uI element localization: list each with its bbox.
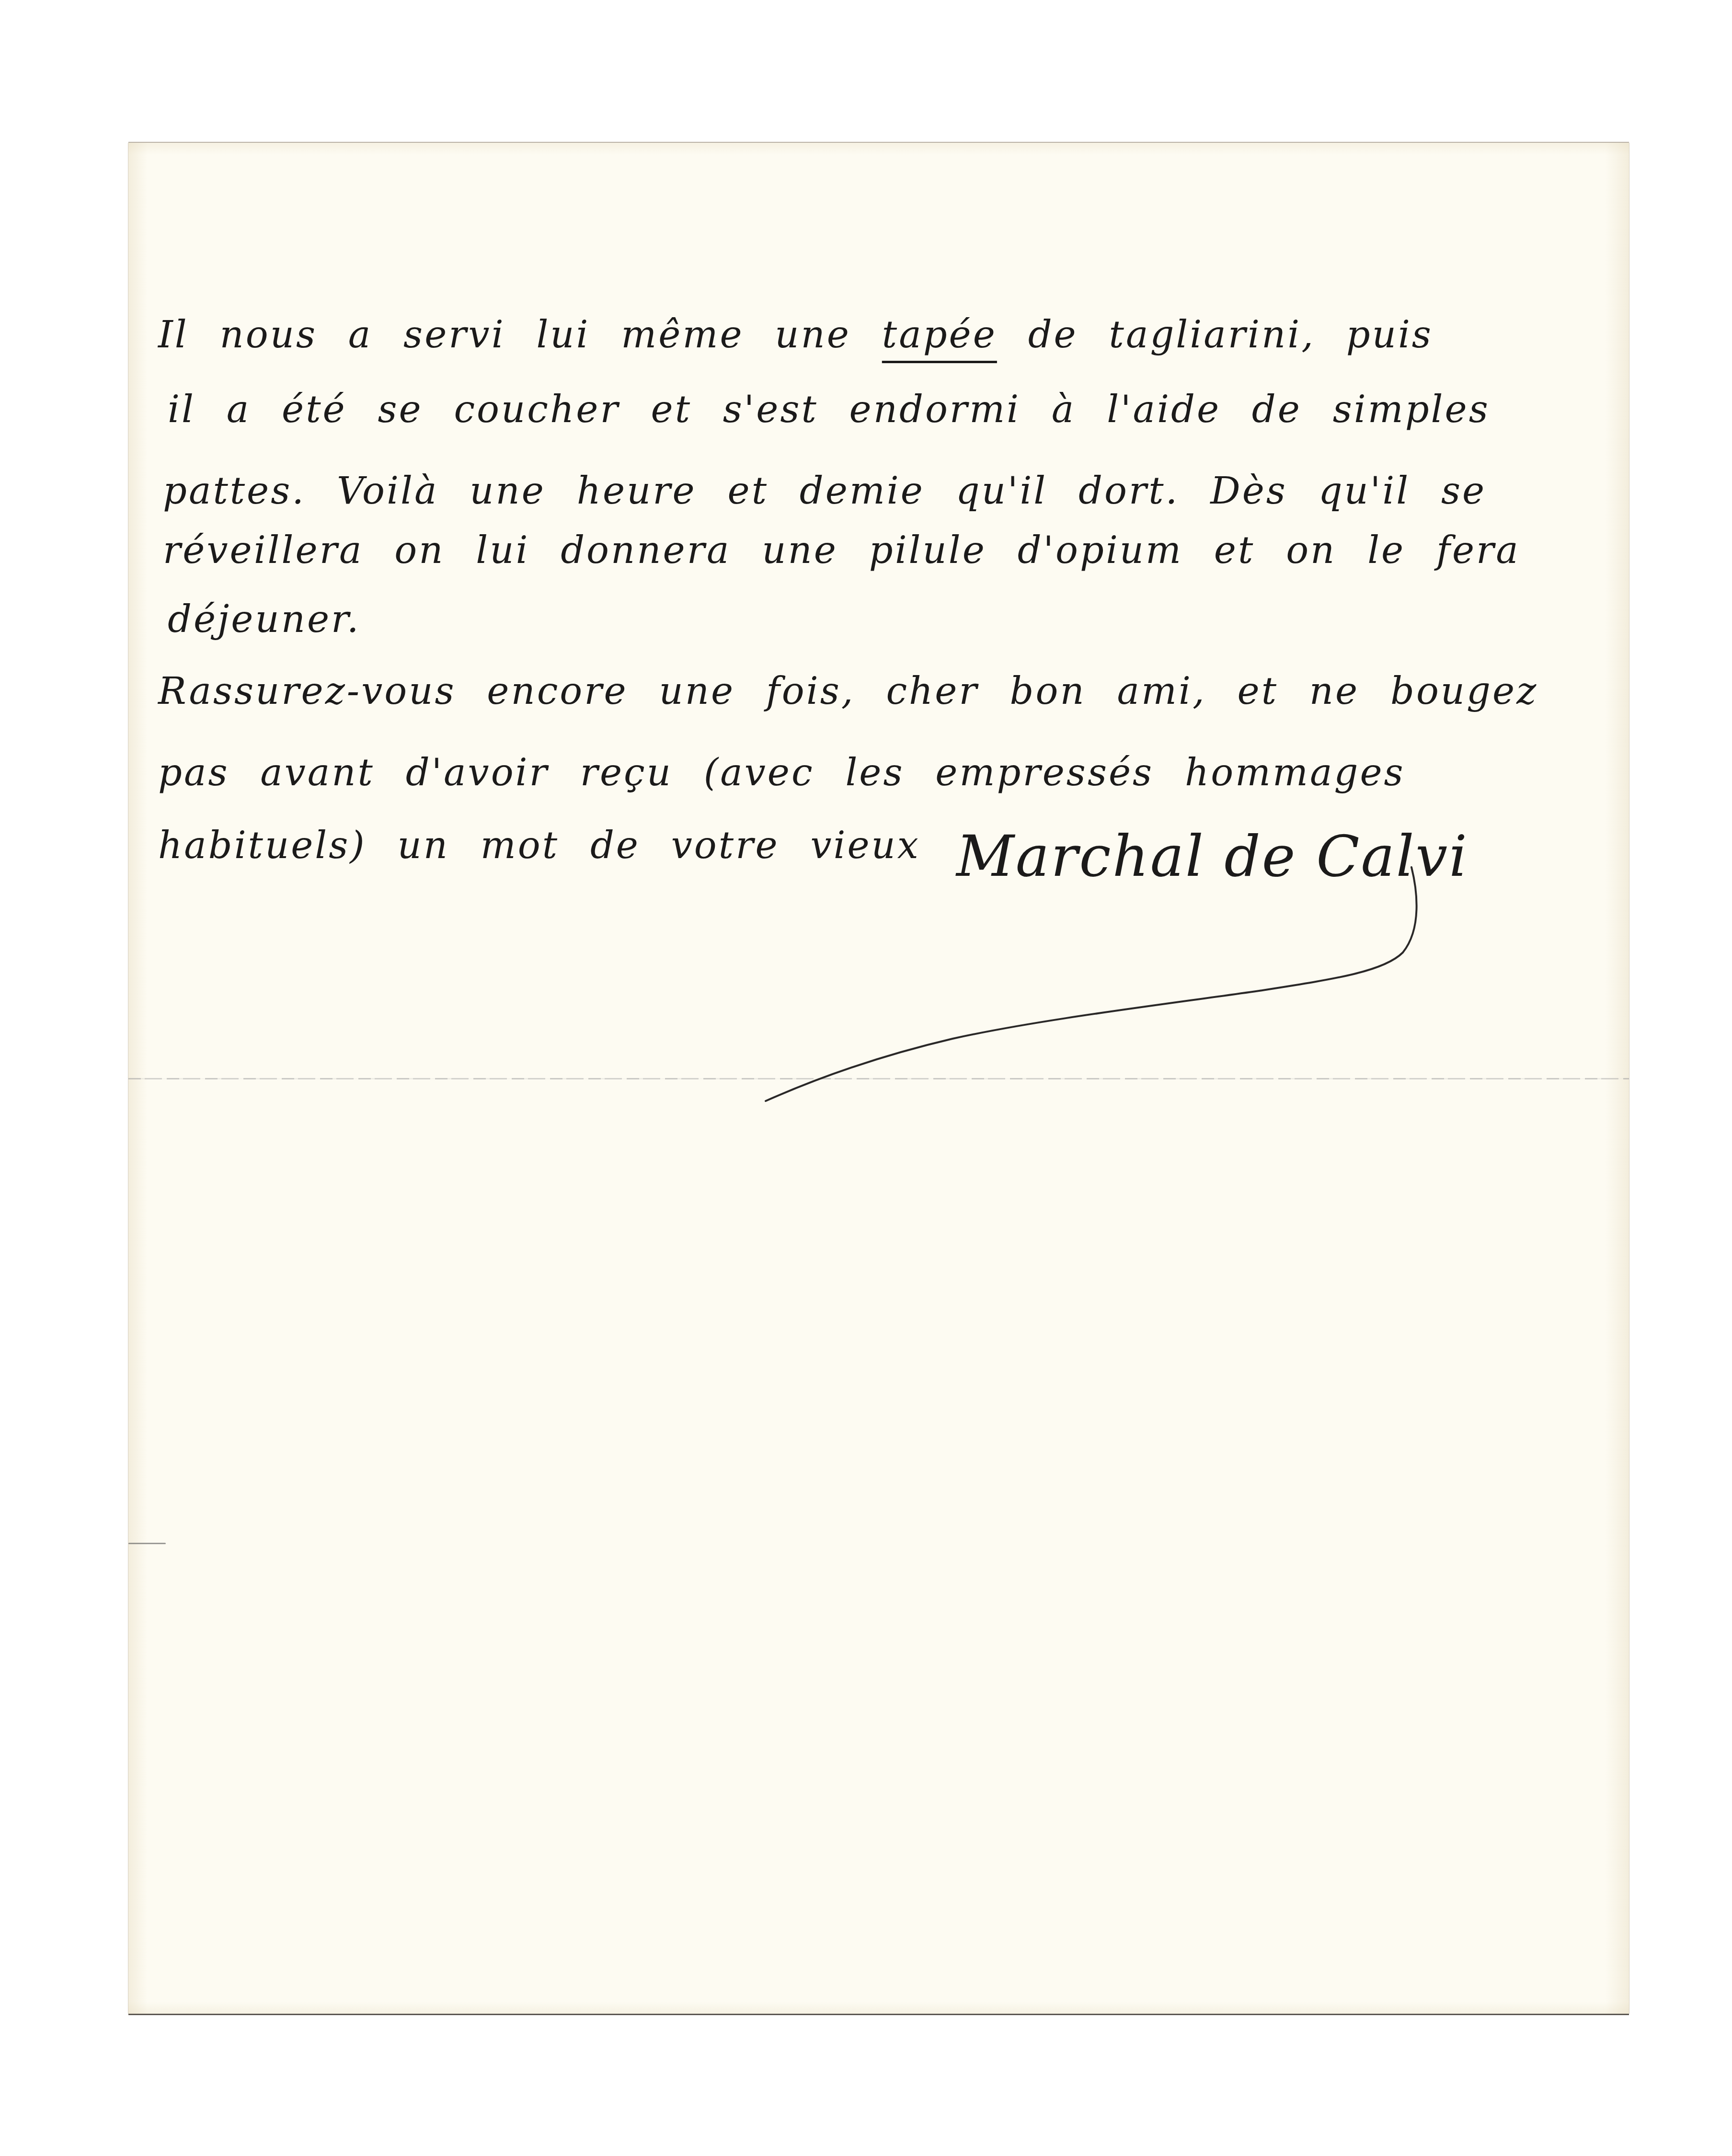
letter-line-1: Il nous a servi lui même une tapée de ta…	[158, 316, 1433, 354]
line-7-text: pas avant d'avoir reçu (avec les empress…	[158, 751, 1405, 794]
letter-line-4: réveillera on lui donnera une pilule d'o…	[163, 532, 1520, 569]
fold-crease	[128, 1078, 1629, 1079]
line-6-text: Rassurez-vous encore une fois, cher bon …	[158, 670, 1538, 713]
letter-line-6: Rassurez-vous encore une fois, cher bon …	[158, 673, 1538, 710]
line-1-start: Il nous a servi lui même une	[158, 313, 882, 356]
line-5-text: déjeuner.	[168, 598, 361, 641]
letter-line-5: déjeuner.	[168, 601, 361, 638]
underlined-word: tapée	[882, 313, 997, 356]
letter-line-7: pas avant d'avoir reçu (avec les empress…	[158, 754, 1405, 791]
line-3-text: pattes. Voilà une heure et demie qu'il d…	[163, 470, 1486, 513]
line-4-text: réveillera on lui donnera une pilule d'o…	[163, 529, 1520, 572]
letter-page: Il nous a servi lui même une tapée de ta…	[128, 143, 1629, 2014]
letter-line-8: habituels) un mot de votre vieux	[158, 827, 920, 864]
letter-line-3: pattes. Voilà une heure et demie qu'il d…	[163, 472, 1486, 510]
line-8-text: habituels) un mot de votre vieux	[158, 824, 920, 867]
signature: Marchal de Calvi	[956, 823, 1468, 889]
letter-line-2: il a été se coucher et s'est endormi à l…	[168, 391, 1490, 428]
line-2-text: il a été se coucher et s'est endormi à l…	[168, 388, 1490, 431]
edge-crease-mark	[128, 1543, 166, 1544]
line-1-end: de tagliarini, puis	[997, 313, 1433, 356]
